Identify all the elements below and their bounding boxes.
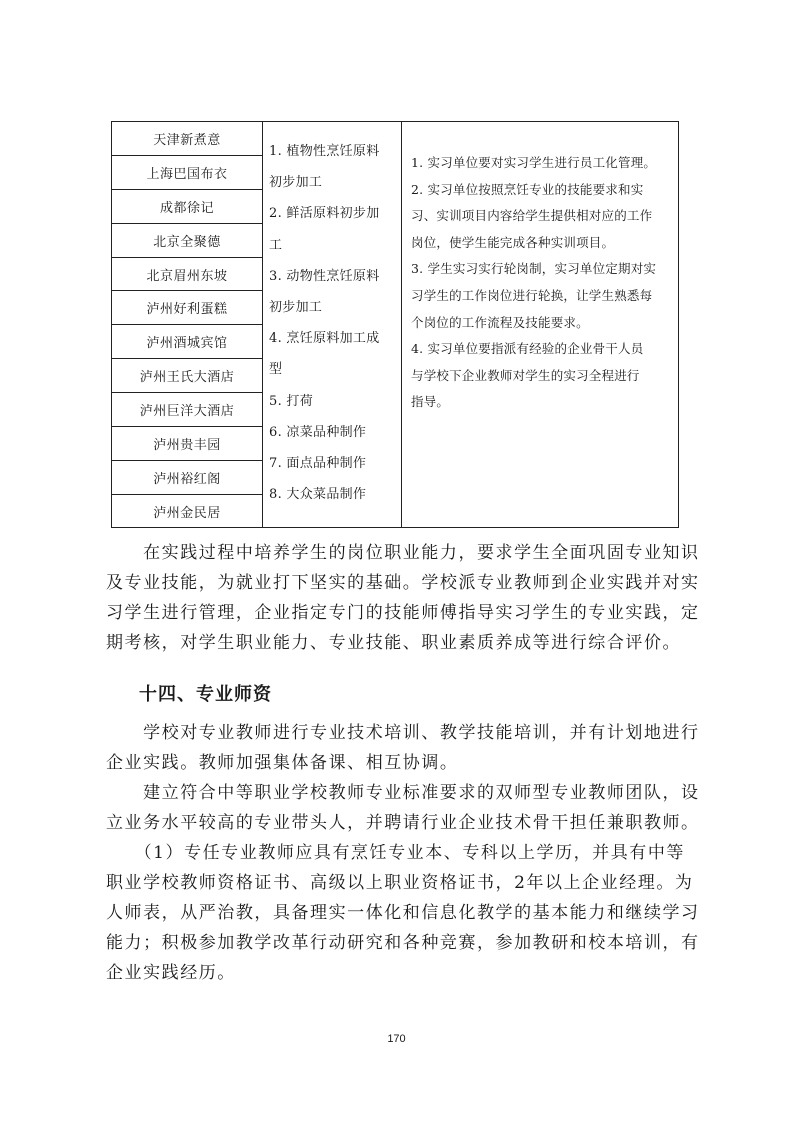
project-line: 7. 面点品种制作 <box>269 448 401 479</box>
text-line: 习学生进行管理，企业指定专门的技能师傅指导实习学生的专业实践，定 <box>106 598 692 628</box>
text-line: 企业实践。教师加强集体备课、相互协调。 <box>106 748 692 778</box>
project-line: 初步加工 <box>269 292 401 323</box>
text-line: 企业实践经历。 <box>106 958 692 988</box>
training-paragraph: 学校对专业教师进行专业技术培训、教学技能培训，并有计划地进行 企业实践。教师加强… <box>106 718 692 778</box>
unit-cell: 泸州裕红阁 <box>112 461 262 495</box>
project-line: 3. 动物性烹饪原料 <box>269 261 401 292</box>
text-line: 期考核，对学生职业能力、专业技能、职业素质养成等进行综合评价。 <box>106 628 692 658</box>
text-line: （1）专任专业教师应具有烹饪专业本、专科以上学历，并具有中等 <box>106 838 692 868</box>
unit-cell: 成都徐记 <box>112 190 262 224</box>
project-line: 型 <box>269 354 401 385</box>
requirement-line: 3. 学生实习实行轮岗制，实习单位定期对实 <box>411 256 678 283</box>
unit-cell: 泸州好利蛋糕 <box>112 291 262 325</box>
page-number: 170 <box>0 1033 793 1045</box>
unit-cell: 泸州金民居 <box>112 495 262 529</box>
unit-cell: 泸州贵丰园 <box>112 427 262 461</box>
project-line: 初步加工 <box>269 167 401 198</box>
text-line: 立业务水平较高的专业带头人，并聘请行业企业技术骨干担任兼职教师。 <box>106 808 692 838</box>
qualification-paragraph: （1）专任专业教师应具有烹饪专业本、专科以上学历，并具有中等 职业学校教师资格证… <box>106 838 692 988</box>
requirement-line: 个岗位的工作流程及技能要求。 <box>411 310 678 337</box>
unit-cell: 上海巴国布衣 <box>112 156 262 190</box>
text-line: 人师表，从严治教，具备理实一体化和信息化教学的基本能力和继续学习 <box>106 898 692 928</box>
project-line: 5. 打荷 <box>269 386 401 417</box>
team-paragraph: 建立符合中等职业学校教师专业标准要求的双师型专业教师团队，设 立业务水平较高的专… <box>106 778 692 838</box>
internship-table: 天津新煮意 上海巴国布衣 成都徐记 北京全聚德 北京眉州东坡 泸州好利蛋糕 泸州… <box>111 121 679 528</box>
project-line: 6. 凉菜品种制作 <box>269 417 401 448</box>
requirements-cell: 1. 实习单位要对实习学生进行员工化管理。 2. 实习单位按照烹饪专业的技能要求… <box>402 122 678 527</box>
requirement-line: 习学生的工作岗位进行轮换，让学生熟悉每 <box>411 283 678 310</box>
requirement-line: 习、实训项目内容给学生提供相对应的工作 <box>411 203 678 230</box>
project-line: 2. 鲜活原料初步加 <box>269 198 401 229</box>
unit-cell: 天津新煮意 <box>112 122 262 156</box>
requirement-line: 指导。 <box>411 389 678 416</box>
requirement-line: 2. 实习单位按照烹饪专业的技能要求和实 <box>411 177 678 204</box>
text-line: 建立符合中等职业学校教师专业标准要求的双师型专业教师团队，设 <box>106 778 692 808</box>
project-line: 4. 烹饪原料加工成 <box>269 323 401 354</box>
project-line: 工 <box>269 230 401 261</box>
unit-cell: 泸州酒城宾馆 <box>112 325 262 359</box>
text-line: 能力；积极参加教学改革行动研究和各种竞赛，参加教研和校本培训，有 <box>106 928 692 958</box>
unit-cell: 北京眉州东坡 <box>112 258 262 292</box>
unit-cell: 泸州巨洋大酒店 <box>112 393 262 427</box>
training-projects-cell: 1. 植物性烹饪原料 初步加工 2. 鲜活原料初步加 工 3. 动物性烹饪原料 … <box>263 122 402 527</box>
requirement-line: 与学校下企业教师对学生的实习全程进行 <box>411 363 678 390</box>
section-heading: 十四、专业师资 <box>139 680 272 706</box>
text-line: 职业学校教师资格证书、高级以上职业资格证书，2年以上企业经理。为 <box>106 868 692 898</box>
unit-cell: 泸州王氏大酒店 <box>112 359 262 393</box>
internship-units-column: 天津新煮意 上海巴国布衣 成都徐记 北京全聚德 北京眉州东坡 泸州好利蛋糕 泸州… <box>112 122 263 527</box>
requirement-line: 岗位，使学生能完成各种实训项目。 <box>411 230 678 257</box>
project-line: 8. 大众菜品制作 <box>269 479 401 510</box>
practice-paragraph: 在实践过程中培养学生的岗位职业能力，要求学生全面巩固专业知识 及专业技能，为就业… <box>106 538 692 658</box>
text-line: 在实践过程中培养学生的岗位职业能力，要求学生全面巩固专业知识 <box>106 538 692 568</box>
text-line: 学校对专业教师进行专业技术培训、教学技能培训，并有计划地进行 <box>106 718 692 748</box>
requirement-line: 1. 实习单位要对实习学生进行员工化管理。 <box>411 150 678 177</box>
text-line: 及专业技能，为就业打下坚实的基础。学校派专业教师到企业实践并对实 <box>106 568 692 598</box>
unit-cell: 北京全聚德 <box>112 224 262 258</box>
requirement-line: 4. 实习单位要指派有经验的企业骨干人员 <box>411 336 678 363</box>
project-line: 1. 植物性烹饪原料 <box>269 136 401 167</box>
